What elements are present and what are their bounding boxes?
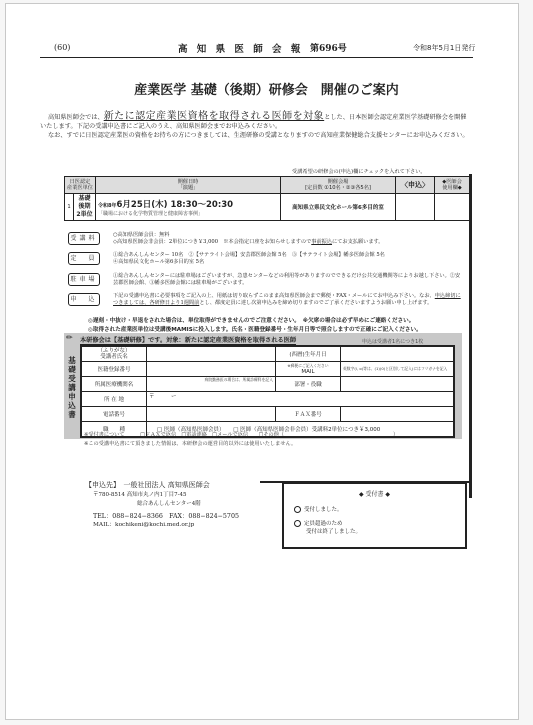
datetime-value: 6月25日(木) 18:30〜20:30 [116,200,233,210]
capacity-label: 定 員 [68,252,100,265]
intro-text: 高知県医師会では、新たに認定産業医資格を取得される医師を対象とした、日本医師会認… [40,112,470,140]
header-unit: 日医認定 産業医単位 [65,177,96,194]
application-label: 申 込 [68,293,100,306]
parking-label: 駐車場 [68,273,100,286]
name-input[interactable] [147,346,276,362]
contact-building: 総合あんしんセンター4階 [85,500,239,510]
dept-label: 部署・役職 [276,377,341,392]
contact-phone-fax: TEL：088−824−8366 FAX：088−824−5705 [85,512,239,522]
circle-icon [294,520,301,527]
application-form: （ふりがな） 受講者氏名 (西暦)生年月日 医籍登録番号 ※郵便にご記入ください… [80,345,455,438]
header-datetime: 開催日時 「演題」 [96,177,281,194]
receipt-accepted: 受付しました。 [294,505,343,513]
intro-prefix: 高知県医師会では、 [48,114,104,121]
fee-line-3: にてお支払願います。 [332,239,383,245]
publication-title: 高 知 県 医 師 会 報 [178,41,303,55]
phone-input[interactable] [147,407,276,422]
application-line-2: とし、都度定員に達し次第申込みを締め切りますのでご了承くださいますようお願い申し… [199,300,432,306]
contact-email[interactable]: MAIL：kochikeni@kochi.med.or.jp [85,521,239,531]
dob-input[interactable] [341,346,455,362]
fee-line-2: ◇高知県医師会非会員：2単位につき￥3,000 ※本会指定口座をお知らせしますの… [113,239,311,245]
receipt-box: ◆ 受付書 ◆ 受付しました。 定員超過のため受付は終了しました。 [282,482,467,549]
row-unit: 基礎後期 2単位 [74,194,96,221]
receipt-full: 定員超過のため受付は終了しました。 [294,519,361,535]
org-hint: 病院勤務医の場合は、所属診療科を記入 [149,377,273,383]
mail-hint-2: 英数字(l, o)等は、(1)(0)と区別して記入(にはフリガナを記入 [343,366,451,372]
license-label: 医籍登録番号 [81,362,147,377]
datetime-prefix: 令和8年 [98,203,116,209]
fee-label: 受講料 [68,232,100,245]
fax-label: ＦＡＸ番号 [276,407,341,422]
warning-credits: ◎取得された産業医単位は受講後MAMISに投入します。氏名・医籍登録番号・生年月… [88,325,422,333]
fax-input[interactable] [341,407,455,422]
office-use-cell [435,194,470,221]
row-number: 1 [65,194,74,221]
page-title: 産業医学 基礎（後期）研修会 開催のご案内 [0,79,533,98]
receipt-method-note: ※受付書について □ＦＡＸで返信 □電話連絡 □メールで返信 □その他（ ） [84,431,398,438]
application-line-1: 下記の受講申込書に必要事項をご記入の上、用紙は切り取らずこのまま高知県医師会まで… [113,293,435,299]
fee-text: ○高知県医師会員：無料 ◇高知県医師会非会員：2単位につき￥3,000 ※本会指… [113,232,465,246]
receipt-title: ◆ 受付書 ◆ [284,489,465,498]
warning-attendance: ◎遅刻・中抜け・早退をされた場合は、単位取得ができませんのでご注意ください。 ※… [88,316,414,324]
intro-emphasis: 新たに認定産業医資格を取得される医師を対象 [104,111,325,122]
contact-block: 【申込先】 一般社団法人 高知県医師会 〒780-8514 高知市丸ノ内1丁目7… [85,481,239,531]
selection-instruction: 受講希望の研修会の(申込)欄にチェックを入れて下さい。 [292,168,426,175]
frame-rail-right [469,174,472,498]
phone-label: 電話番号 [81,407,147,422]
table-row: 1 基礎後期 2単位 令和8年6月25日(木) 18:30〜20:30 「職場に… [65,194,470,221]
application-text: 下記の受講申込書に必要事項をご記入の上、用紙は切り取らずこのまま高知県医師会まで… [113,293,465,307]
privacy-note: ※この受講申込書にて頂きました情報は、本研修会の運営目的以外には使用いたしません… [84,440,296,447]
parking-text: ①総合あんしんセンターには駐車場はございますが、急患センターなどの利用等がありま… [113,273,465,287]
issue-number: 第696号 [310,41,347,54]
dept-input[interactable] [341,377,455,392]
intro-paragraph-2: なお、すでに日医認定産業医の資格をお持ちの方につきましては、生涯研修の受講となり… [40,131,470,140]
form-note: 申込は受講者1名につき1枚 [362,338,423,345]
receipt-full-text-2: 受付は終了しました。 [294,527,361,535]
header-rule [40,57,473,58]
fee-line-1: ○高知県医師会員：無料 [113,232,465,239]
license-input[interactable] [147,362,276,377]
pencil-icon: ✏ [66,333,73,342]
session-table: 日医認定 産業医単位 開催日時 「演題」 開催会場 [定員数 ①10名・②③各5… [64,176,470,221]
dob-label: (西暦)生年月日 [276,346,341,362]
form-side-label: 基礎 受講申込書 [67,356,77,419]
capacity-line-1: ①総合あんしんセンター 10名 ②【サテライト会場】安芸郡医師会館 5名 ③【サ… [113,252,465,259]
apply-checkbox-cell[interactable] [396,194,435,221]
circle-icon [294,506,301,513]
contact-postal: 〒780-8514 高知市丸ノ内1丁目7-45 [85,491,239,501]
address-label: 所 在 地 [81,392,147,407]
org-label: 所属医療機関名 [81,377,147,392]
contact-heading: 【申込先】 一般社団法人 高知県医師会 [85,481,239,491]
row-venue: 高知県立県民文化ホール第6多目的室 [281,194,396,221]
header-venue: 開催会場 [定員数 ①10名・②③各5名] [281,177,396,194]
capacity-line-2: ④高知県民文化ホール第6多目的室 5名 [113,259,465,266]
receipt-accepted-text: 受付しました。 [304,507,343,513]
header-office-use: ◆医師会 使用欄◆ [435,177,470,194]
form-title: 本研修会は【基礎研修】です。対象：新たに認定産業医資格を取得される医師 [80,335,296,345]
header-apply: 〈申込〉 [396,177,435,194]
mail-label-cell: ※郵便にご記入くださいMAIL [276,362,341,377]
row-datetime: 令和8年6月25日(木) 18:30〜20:30 「職場における化学物質管理と健… [96,194,281,221]
mail-label: MAIL [301,369,314,375]
row-topic: 「職場における化学物質管理と健康障害事例」 [98,210,278,217]
capacity-text: ①総合あんしんセンター 10名 ②【サテライト会場】安芸郡医師会館 5名 ③【サ… [113,252,465,266]
publication-date: 令和8年5月1日発行 [413,43,475,53]
org-input[interactable]: 病院勤務医の場合は、所属診療科を記入 [147,377,276,392]
fee-prepay: 事前振込 [311,239,332,245]
page-number: (60) [54,43,70,52]
mail-input[interactable]: 英数字(l, o)等は、(1)(0)と区別して記入(にはフリガナを記入 [341,362,455,377]
name-label: （ふりがな） 受講者氏名 [81,346,147,362]
address-input[interactable]: 〒 ー [147,392,455,407]
